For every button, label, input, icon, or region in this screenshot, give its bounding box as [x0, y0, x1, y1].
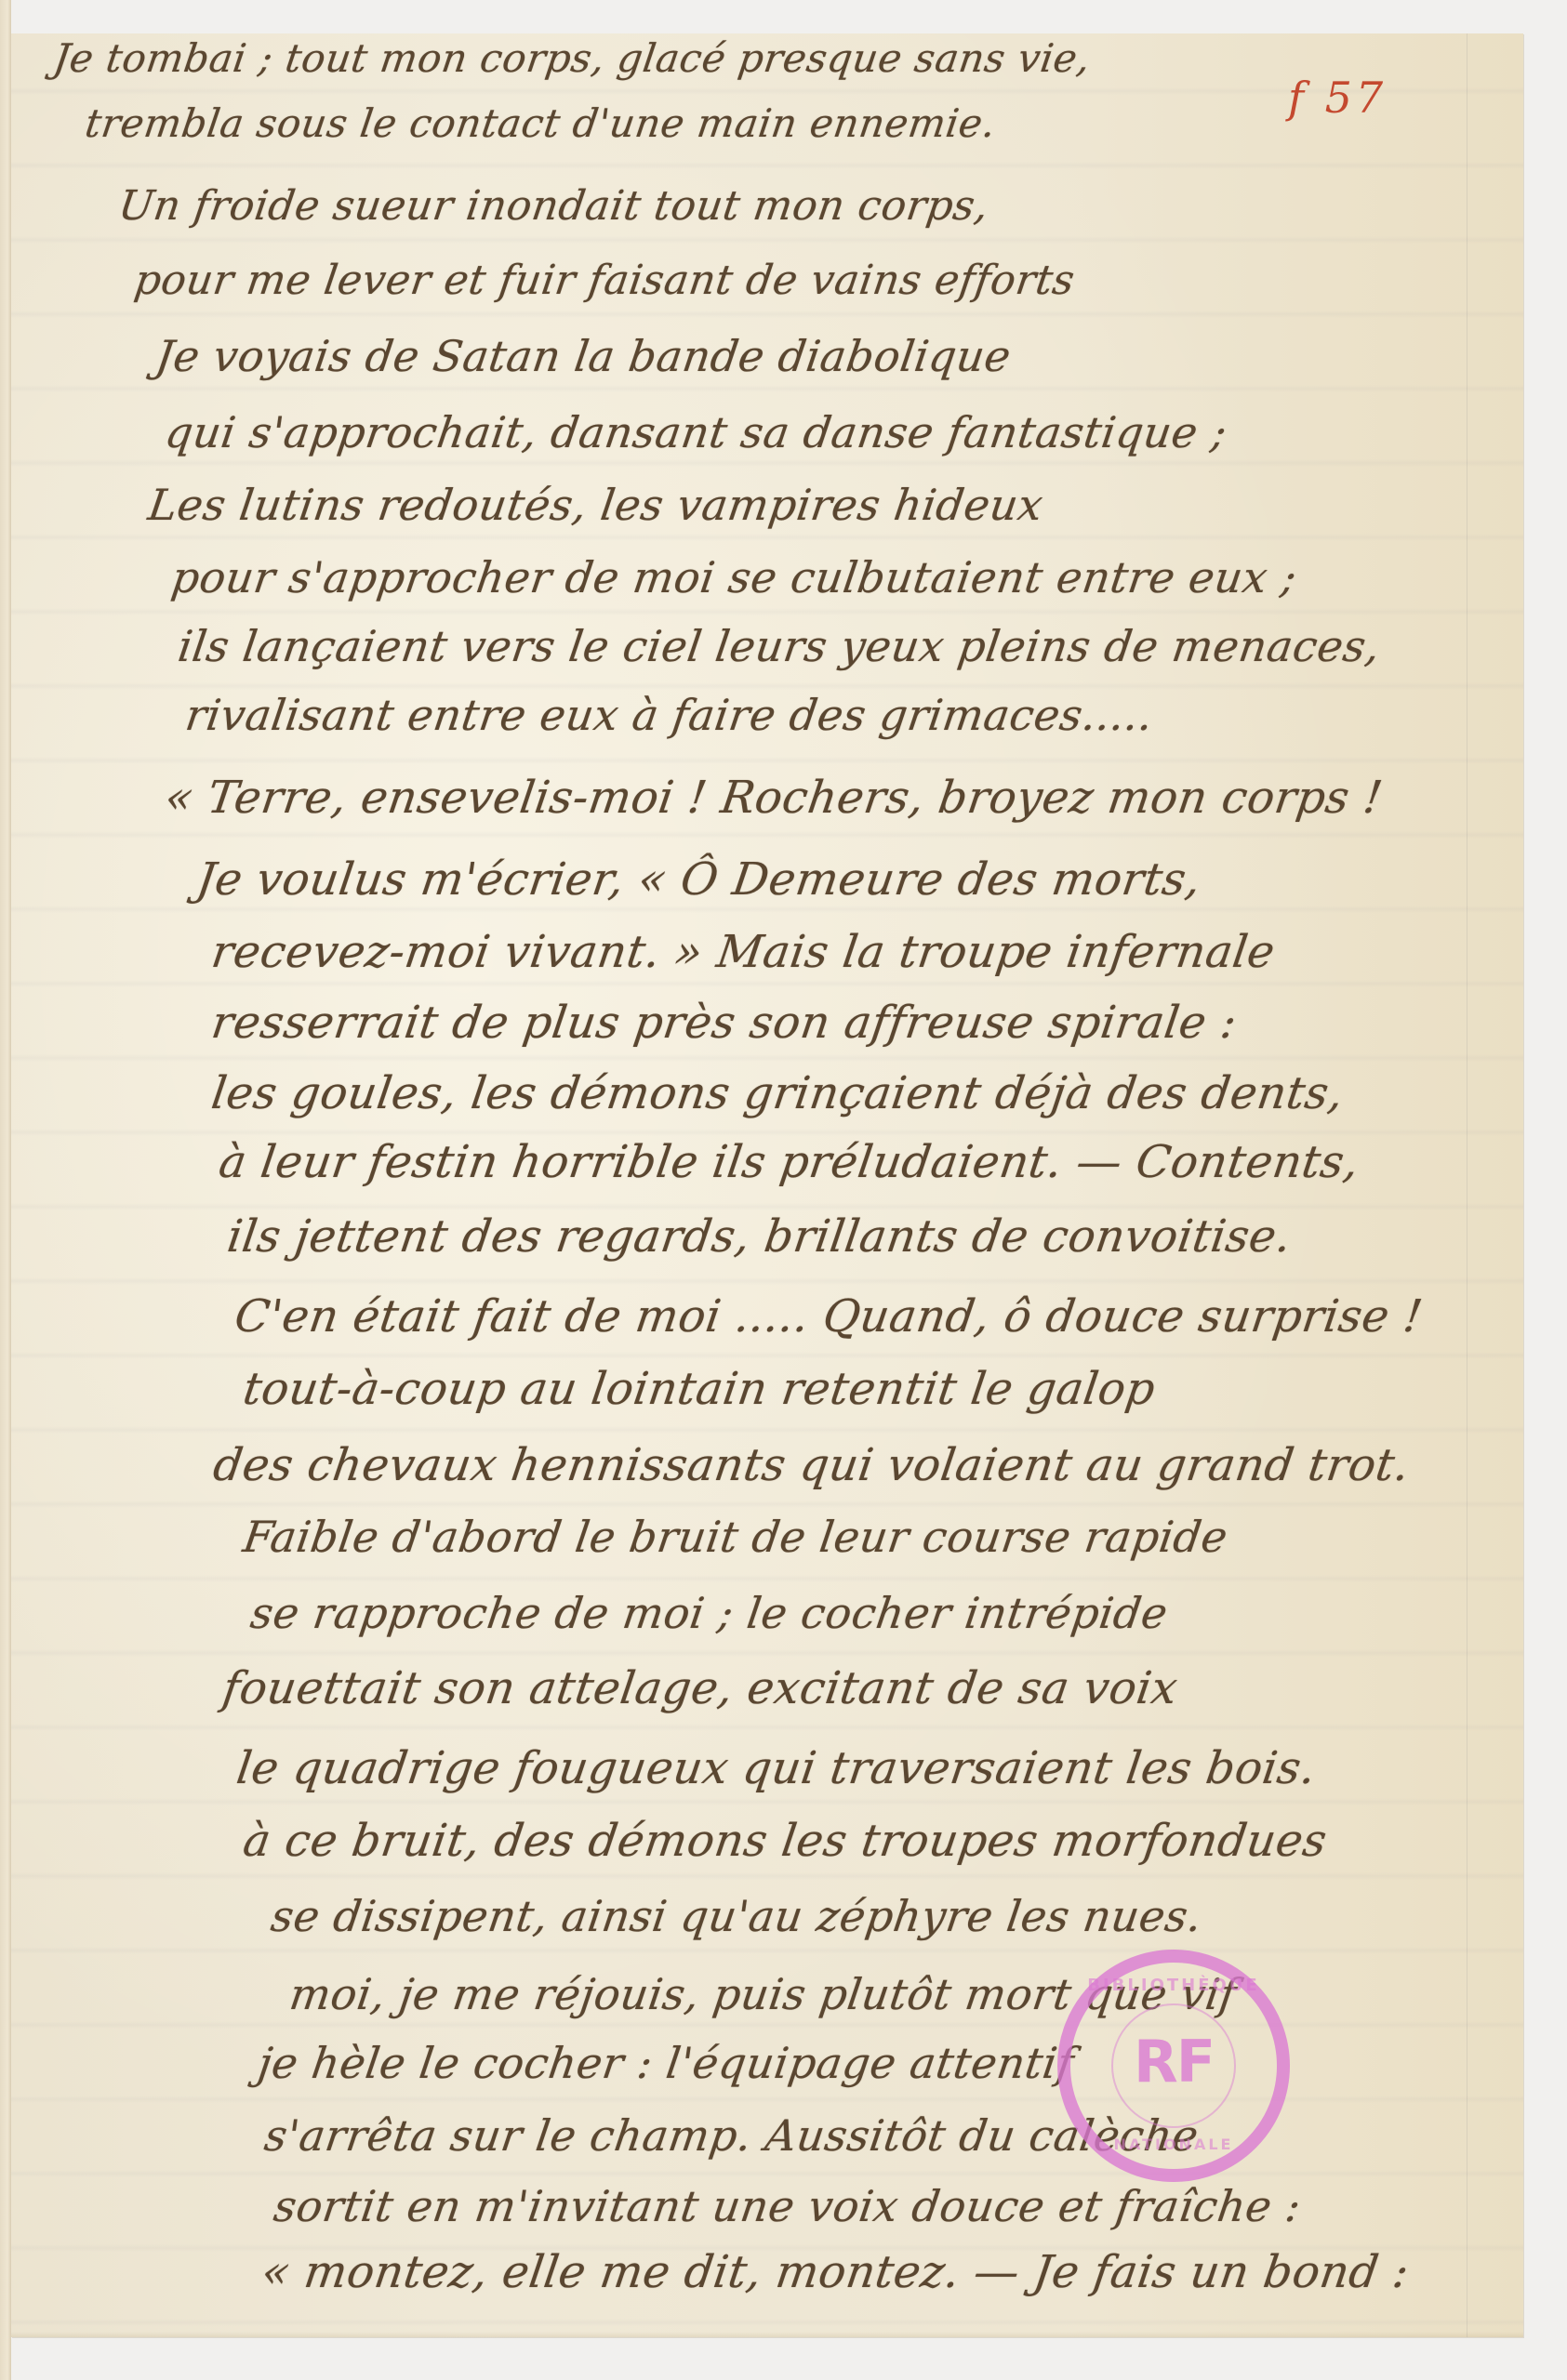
text-line: resserrait de plus près son affreuse spi…	[208, 997, 1240, 1049]
text-line: le quadrige fougueux qui traversaient le…	[233, 1742, 1319, 1794]
text-line: Faible d'abord le bruit de leur course r…	[240, 1512, 1230, 1562]
text-line: Je voyais de Satan la bande diabolique	[153, 331, 1014, 381]
text-line: trembla sous le contact d'une main ennem…	[83, 100, 999, 146]
text-line: à leur festin horrible ils préludaient. …	[216, 1136, 1362, 1188]
text-line: qui s'approchait, dansant sa danse fanta…	[162, 407, 1230, 457]
text-line: les goules, les démons grinçaient déjà d…	[208, 1067, 1347, 1119]
text-line: se rapproche de moi ; le cocher intrépid…	[247, 1588, 1171, 1638]
text-line: tout-à-coup au lointain retentit le galo…	[240, 1363, 1159, 1415]
text-line: fouettait son attelage, excitant de sa v…	[219, 1662, 1181, 1714]
text-line: Je tombai ; tout mon corps, glacé presqu…	[51, 35, 1094, 81]
text-line: s'arrêta sur le champ. Aussitôt du calèc…	[261, 2110, 1202, 2161]
text-line: Un froide sueur inondait tout mon corps,	[115, 182, 991, 230]
text-line: à ce bruit, des démons les troupes morfo…	[240, 1815, 1330, 1867]
text-line: ils lançaient vers le ciel leurs yeux pl…	[175, 621, 1383, 671]
text-line: sortit en m'invitant une voix douce et f…	[271, 2181, 1304, 2231]
text-line: « Terre, ensevelis-moi ! Rochers, broyez…	[162, 772, 1386, 824]
text-line: rivalisant entre eux à faire des grimace…	[182, 690, 1156, 740]
text-line: pour s'approcher de moi se culbutaient e…	[168, 552, 1300, 602]
text-line: C'en était fait de moi ..... Quand, ô do…	[232, 1290, 1426, 1342]
text-line: recevez-moi vivant. » Mais la troupe inf…	[208, 926, 1278, 978]
text-line: ils jettent des regards, brillants de co…	[224, 1210, 1295, 1263]
text-line: moi, je me réjouis, puis plutôt mort que…	[286, 1969, 1240, 2019]
text-line: pour me lever et fuir faisant de vains e…	[131, 257, 1077, 304]
manuscript-text: Je tombai ; tout mon corps, glacé presqu…	[0, 0, 1567, 2380]
text-line: « montez, elle me dit, montez. — Je fais…	[259, 2246, 1413, 2298]
text-line: des chevaux hennissants qui volaient au …	[210, 1439, 1413, 1491]
text-line: Les lutins redoutés, les vampires hideux	[145, 480, 1046, 530]
text-line: se dissipent, ainsi qu'au zéphyre les nu…	[268, 1891, 1205, 1941]
text-line: Je voulus m'écrier, « Ô Demeure des mort…	[193, 853, 1204, 906]
text-line: je hèle le cocher : l'équipage attentif	[255, 2038, 1077, 2088]
